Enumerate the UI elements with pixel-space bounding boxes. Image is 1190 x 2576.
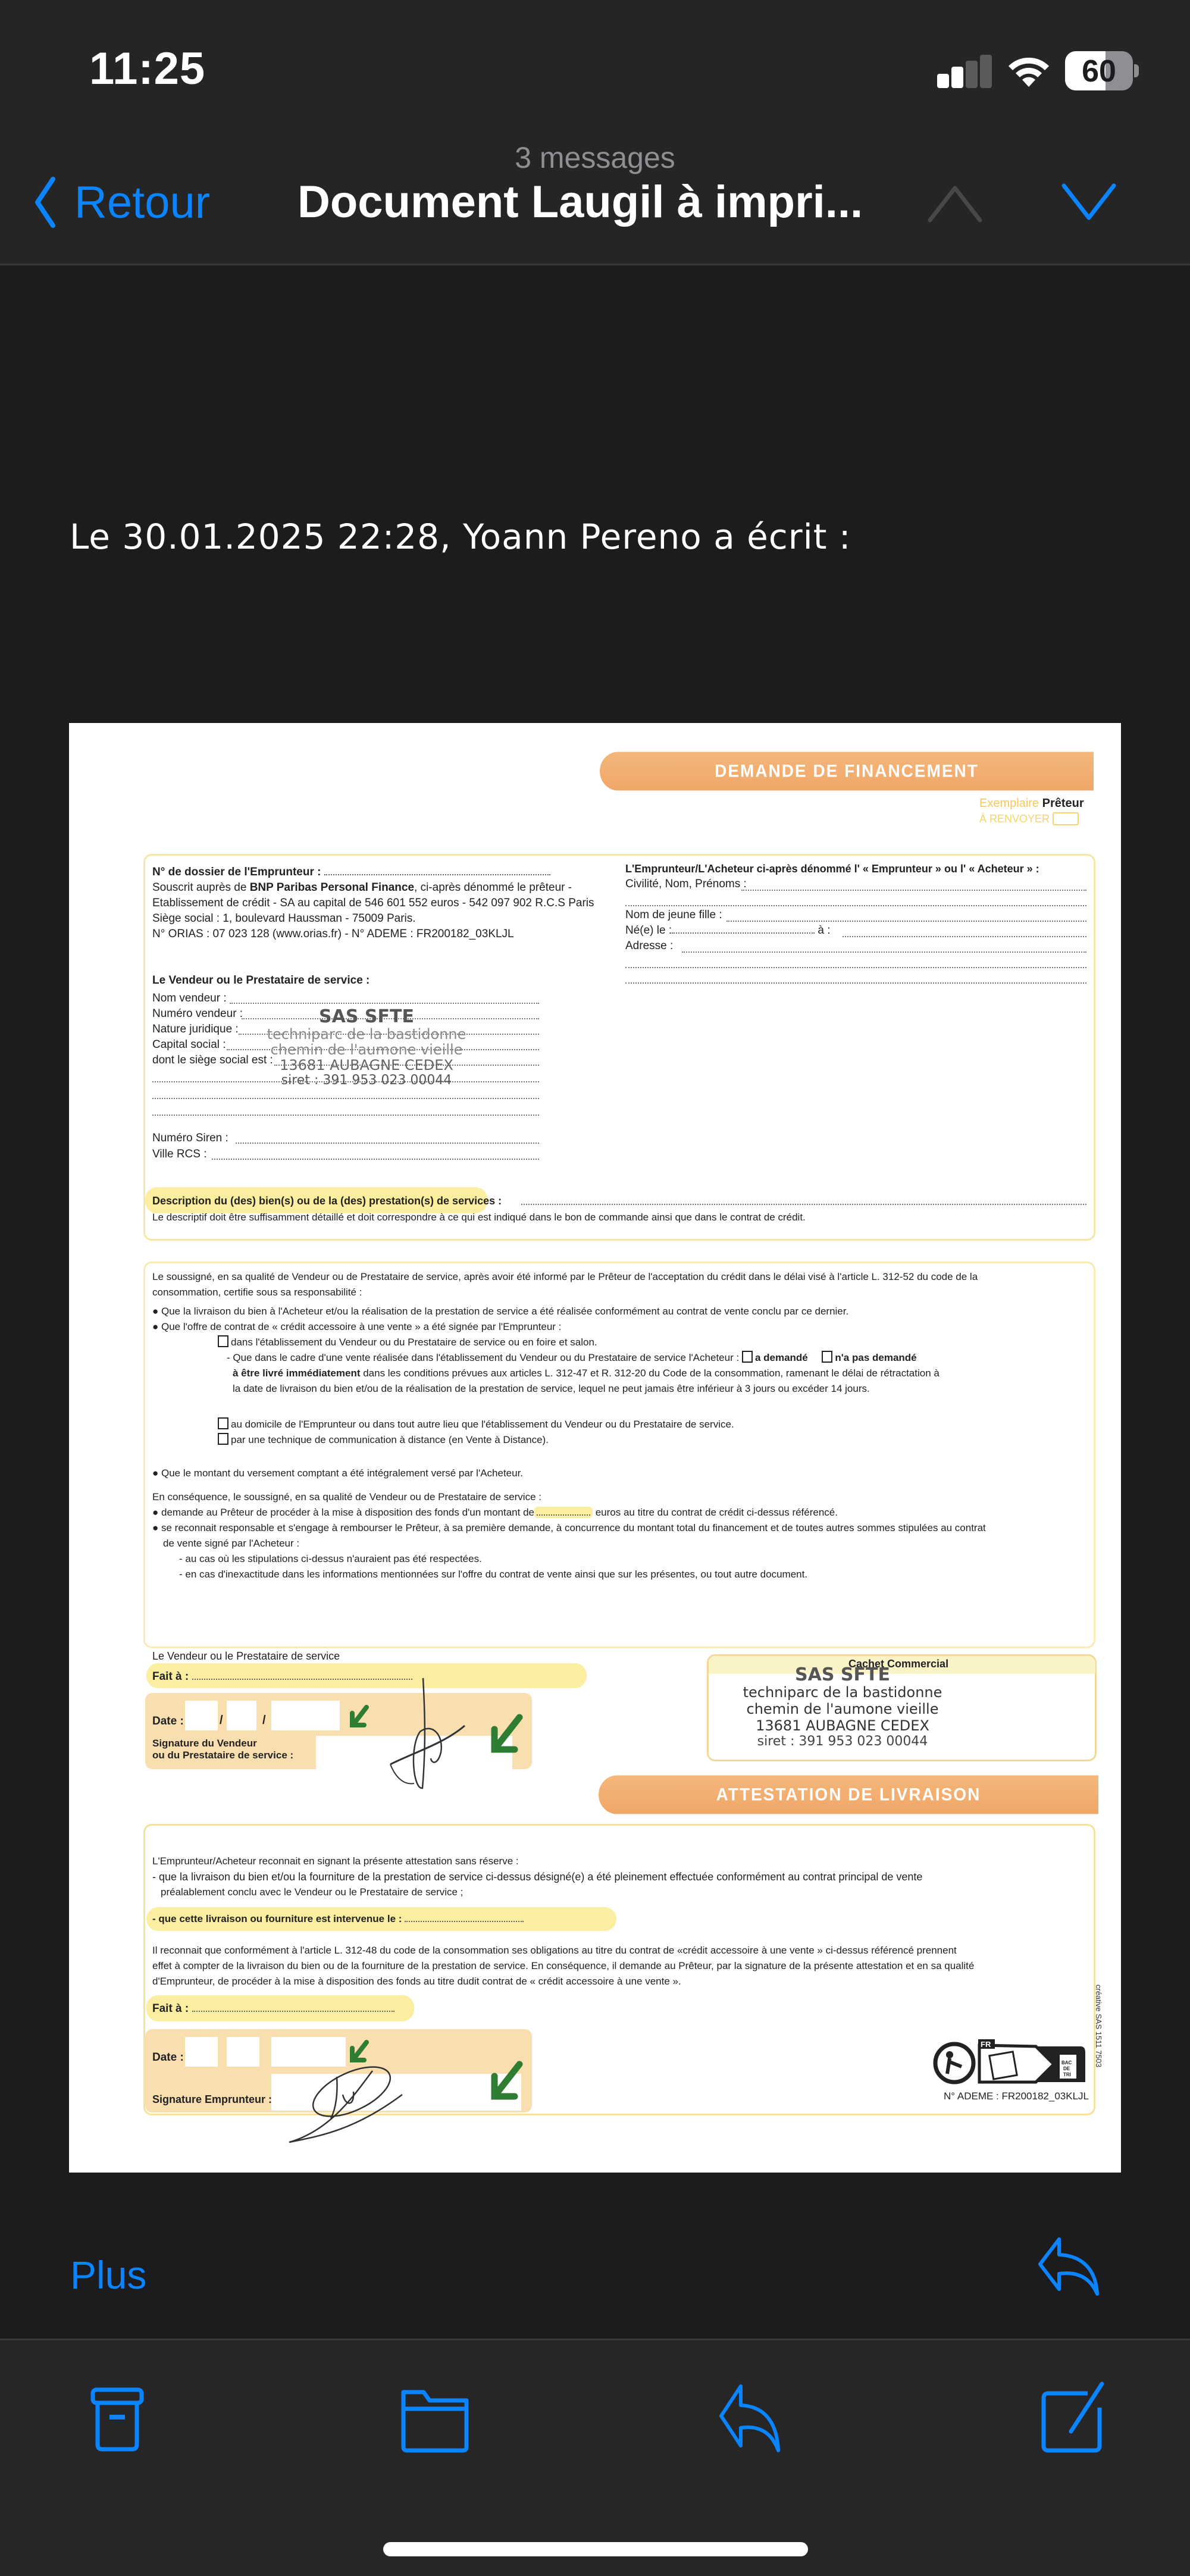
back-label: Retour [74, 177, 210, 229]
checkbox-a-demande[interactable] [742, 1351, 753, 1363]
vendor-handwritten-signature [378, 1675, 497, 1794]
siren-label: Numéro Siren : [152, 1131, 228, 1146]
band-title: ATTESTATION DE LIVRAISON [716, 1785, 981, 1805]
checkbox-distance[interactable] [218, 1433, 228, 1445]
archive-icon[interactable] [79, 2380, 156, 2458]
attestation-text: L'Emprunteur/Acheteur reconnait en signa… [152, 1854, 1092, 1900]
description-label: Description du (des) bien(s) ou de la (d… [152, 1193, 502, 1209]
checkbox-domicile[interactable] [218, 1417, 228, 1429]
back-button[interactable]: Retour [33, 173, 210, 232]
print-code: créative SAS 1511 7503 [1094, 1985, 1103, 2067]
borrower-signature-label: Signature Emprunteur : [152, 2092, 272, 2107]
attestation-fait-a: Fait à : [152, 2001, 394, 2017]
recycling-icon: FR BAC DE TRI [932, 2038, 1086, 2086]
envelope-icon [1053, 812, 1079, 825]
attestation-date-day[interactable] [185, 2037, 218, 2067]
chevron-down-icon[interactable] [1059, 179, 1119, 226]
rcs-label: Ville RCS : [152, 1147, 207, 1162]
date-day-field[interactable] [185, 1701, 218, 1730]
battery-percent: 60 [1065, 54, 1133, 89]
cellular-signal-icon [937, 55, 992, 88]
date-year-field[interactable] [271, 1701, 340, 1730]
bottom-toolbar [0, 2339, 1190, 2576]
commercial-stamp: SAS SFTE techniparc de la bastidonne che… [735, 1666, 950, 1749]
battery-indicator: 60 [1065, 51, 1136, 90]
compose-icon[interactable] [1035, 2380, 1113, 2458]
certification-text: Le soussigné, en sa qualité de Vendeur o… [152, 1269, 1092, 1582]
svg-text:FR: FR [981, 2040, 991, 2049]
svg-text:BAC: BAC [1061, 2060, 1072, 2065]
vendor-stamp: SAS SFTE techniparc de la bastidonne che… [242, 1007, 491, 1088]
green-arrow-icon [349, 1705, 370, 1729]
vendor-signature-label: Signature du Vendeur ou du Prestataire d… [152, 1738, 293, 1761]
svg-text:TRI: TRI [1063, 2072, 1071, 2077]
band-title: DEMANDE DE FINANCEMENT [715, 761, 979, 781]
reply-icon[interactable] [1035, 2234, 1107, 2300]
status-time: 11:25 [89, 43, 205, 95]
thread-title: Document Laugil à impri... [297, 173, 928, 232]
lender-block: N° de dossier de l'Emprunteur : Souscrit… [152, 865, 594, 942]
attestation-date-label: Date : [152, 2050, 184, 2065]
exemplaire-label: Exemplaire Prêteur [979, 796, 1084, 811]
more-button[interactable]: Plus [70, 2252, 146, 2298]
borrower-handwritten-signature [283, 2059, 438, 2148]
livraison-date-label: - que cette livraison ou fourniture est … [152, 1911, 524, 1927]
a-renvoyer-label: À RENVOYER [979, 811, 1079, 827]
ademe-number: N° ADEME : FR200182_03KLJL [944, 2089, 1089, 2104]
attestation-paragraph: Il reconnait que conformément à l'articl… [152, 1943, 1092, 1989]
svg-text:DE: DE [1063, 2066, 1070, 2071]
vendor-date-label: Date : [152, 1714, 184, 1729]
folder-icon[interactable] [397, 2380, 475, 2458]
attestation-band: ATTESTATION DE LIVRAISON [599, 1775, 1098, 1814]
triman-logo: FR BAC DE TRI [932, 2038, 1086, 2086]
description-note: Le descriptif doit être suffisamment dét… [152, 1210, 806, 1225]
vendor-signature-title: Le Vendeur ou le Prestataire de service [152, 1648, 340, 1664]
quoted-message-header: Le 30.01.2025 22:28, Yoann Pereno a écri… [70, 517, 851, 557]
green-arrow-icon [488, 2061, 524, 2102]
checkbox-na-pas-demande[interactable] [822, 1351, 832, 1363]
nav-divider [0, 264, 1190, 265]
chevron-left-icon [33, 176, 57, 229]
home-indicator [383, 2542, 808, 2556]
date-month-field[interactable] [227, 1701, 256, 1730]
wifi-icon [1006, 52, 1052, 88]
vendor-fait-a: Fait à : [152, 1669, 412, 1685]
checkbox-etablissement[interactable] [218, 1335, 228, 1347]
chevron-up-icon [925, 179, 985, 226]
reply-icon[interactable] [714, 2380, 791, 2458]
attached-document-image[interactable]: DEMANDE DE FINANCEMENT Exemplaire Prêteu… [69, 723, 1121, 2173]
demande-financement-band: DEMANDE DE FINANCEMENT [600, 752, 1094, 790]
attestation-date-month[interactable] [227, 2037, 259, 2067]
message-count: 3 messages [0, 140, 1190, 175]
borrower-block: L'Emprunteur/L'Acheteur ci-après dénommé… [625, 861, 1089, 954]
